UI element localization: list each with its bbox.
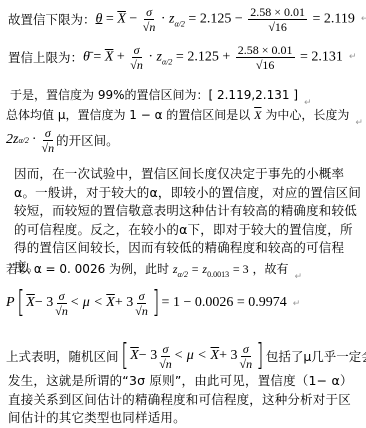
random-interval-line: 上式表明，随机区间 [ X − 3 σ√n < μ < X + 3 σ√n ] … (6, 336, 366, 376)
length-line: 2zα/2 · σ√n 的开区间。 (6, 122, 119, 158)
upper-limit-label: 置信上限为： (8, 48, 83, 66)
return-mark: ↵ (361, 14, 366, 24)
return-mark: ↵ (349, 52, 357, 62)
upper-limit-line: 置信上限为： θ̄ = X + σ√n · zα/2 = 2.125 + 2.5… (8, 42, 356, 72)
example-line: 若以 α = 0. 0026 为例，此时 zα/2 = z0.0013 = 3 … (6, 260, 302, 282)
lower-limit-line: 故置信下限为： θ = X − σ√n · zα/2 = 2.125 − 2.5… (8, 4, 366, 34)
conclusion-line: 于是，置信度为 99%的置信区间为：[ 2.119,2.131 ]↵ (10, 86, 312, 108)
lower-limit-label: 故置信下限为： (8, 10, 96, 28)
lower-limit-formula: θ = X − σ√n · zα/2 = 2.125 − 2.58 × 0.01… (96, 5, 355, 34)
left-bracket: [ (17, 288, 24, 318)
probability-formula: P [ X − 3 σ√n < μ < X + 3 σ√n ] = 1 − 0.… (6, 282, 300, 324)
upper-limit-formula: θ̄ = X + σ√n · zα/2 = 2.125 + 2.58 × 0.0… (83, 43, 343, 72)
paragraph-3sigma-rule: 发生，这就是所谓的“3σ 原则”，由此可见，置信度（1− α）直接关系到区间估计… (8, 372, 362, 428)
right-bracket: ] (152, 288, 159, 318)
